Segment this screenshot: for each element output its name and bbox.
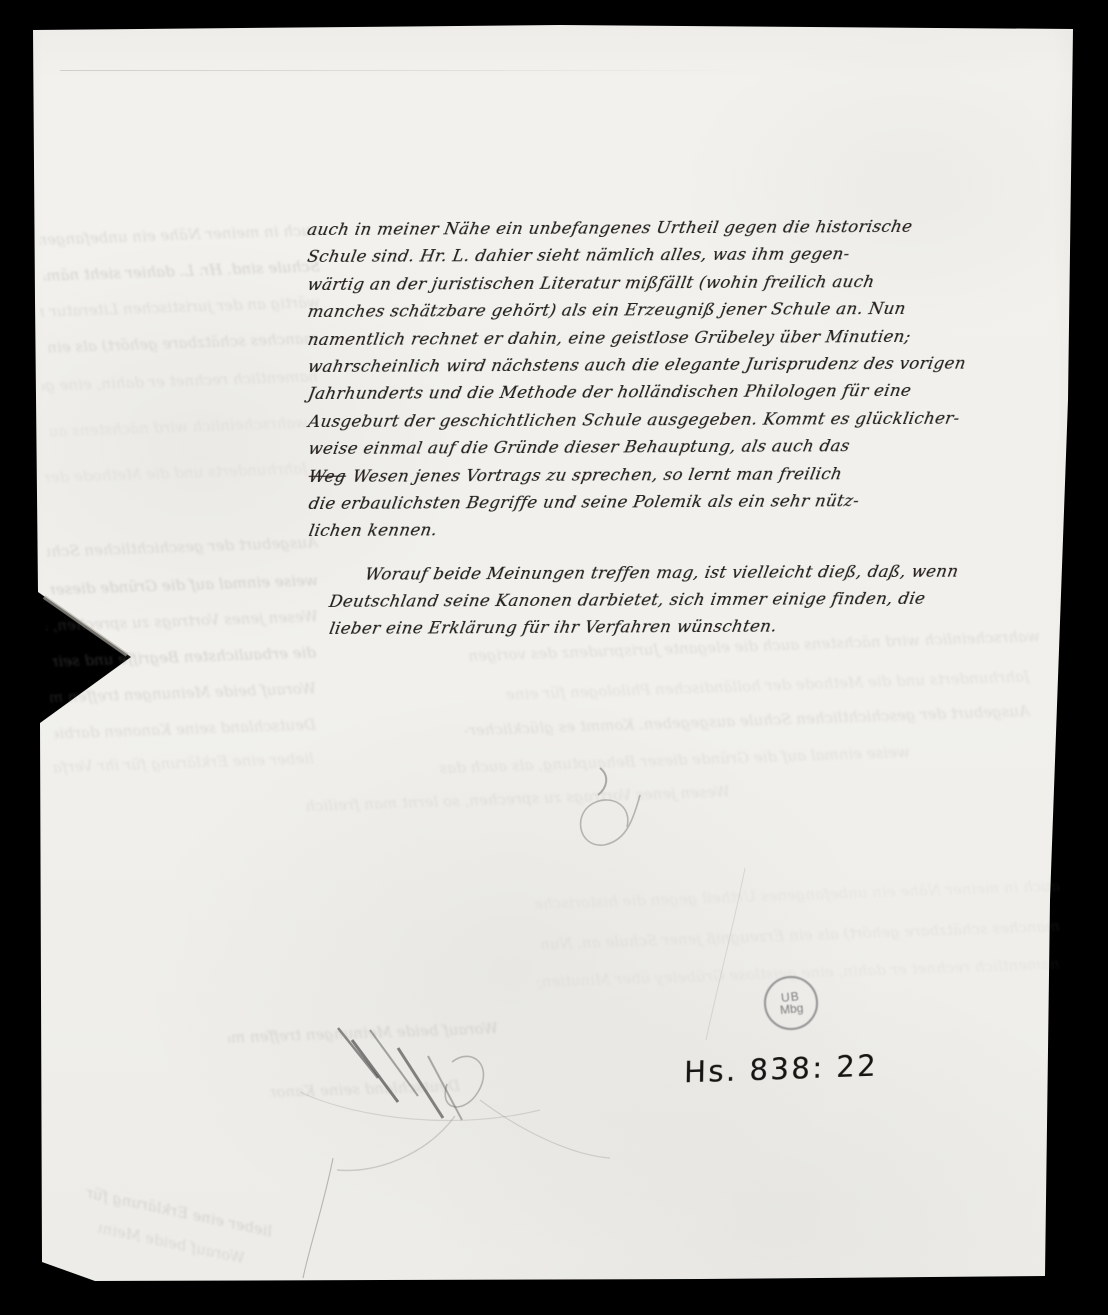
manuscript-line: weise einmal auf die Gründe dieser Behau… — [306, 431, 1021, 462]
manuscript-line: Worauf beide Meinungen treffen mag, ist … — [307, 557, 1022, 588]
manuscript-line: die erbaulichsten Begriffe und seine Pol… — [306, 486, 1021, 517]
manuscript-scan-page: auch in meiner Nähe ein unbefangenes Urt… — [0, 0, 1108, 1315]
manuscript-line: lieber eine Erklärung für ihr Verfahren … — [307, 612, 1022, 643]
manuscript-line: namentlich rechnet er dahin, eine geistl… — [306, 322, 1021, 353]
shelfmark-annotation: Hs. 838: 22 — [684, 1049, 879, 1090]
paragraph-2: Worauf beide Meinungen treffen mag, ist … — [307, 557, 1017, 643]
manuscript-line: Ausgeburt der geschichtlichen Schule aus… — [306, 404, 1021, 435]
manuscript-line: auch in meiner Nähe ein unbefangenes Urt… — [305, 212, 1020, 243]
struck-word: Weg — [307, 466, 347, 485]
manuscript-line: Schule sind. Hr. L. dahier sieht nämlich… — [305, 240, 1020, 271]
manuscript-line: wärtig an der juristischen Literatur miß… — [305, 267, 1020, 298]
paper-fold-crease — [60, 70, 760, 71]
paragraph-1: auch in meiner Nähe ein unbefangenes Urt… — [305, 212, 1017, 544]
stamp-text-bottom: Mbg — [779, 1001, 804, 1016]
manuscript-line: wahrscheinlich wird nächstens auch die e… — [306, 349, 1021, 380]
manuscript-line: Deutschland seine Kanonen darbietet, sic… — [307, 584, 1022, 615]
manuscript-line: manches schätzbare gehört) als ein Erzeu… — [305, 294, 1020, 325]
line-rest: Wesen jenes Vortrags zu sprechen, so ler… — [351, 464, 843, 486]
manuscript-line: lichen kennen. — [307, 513, 1022, 544]
letter-text-block: auch in meiner Nähe ein unbefangenes Urt… — [305, 212, 1017, 643]
manuscript-line-with-strikeout: WegWesen jenes Vortrags zu sprechen, so … — [306, 459, 1021, 490]
manuscript-line: Jahrhunderts und die Methode der holländ… — [306, 376, 1021, 407]
